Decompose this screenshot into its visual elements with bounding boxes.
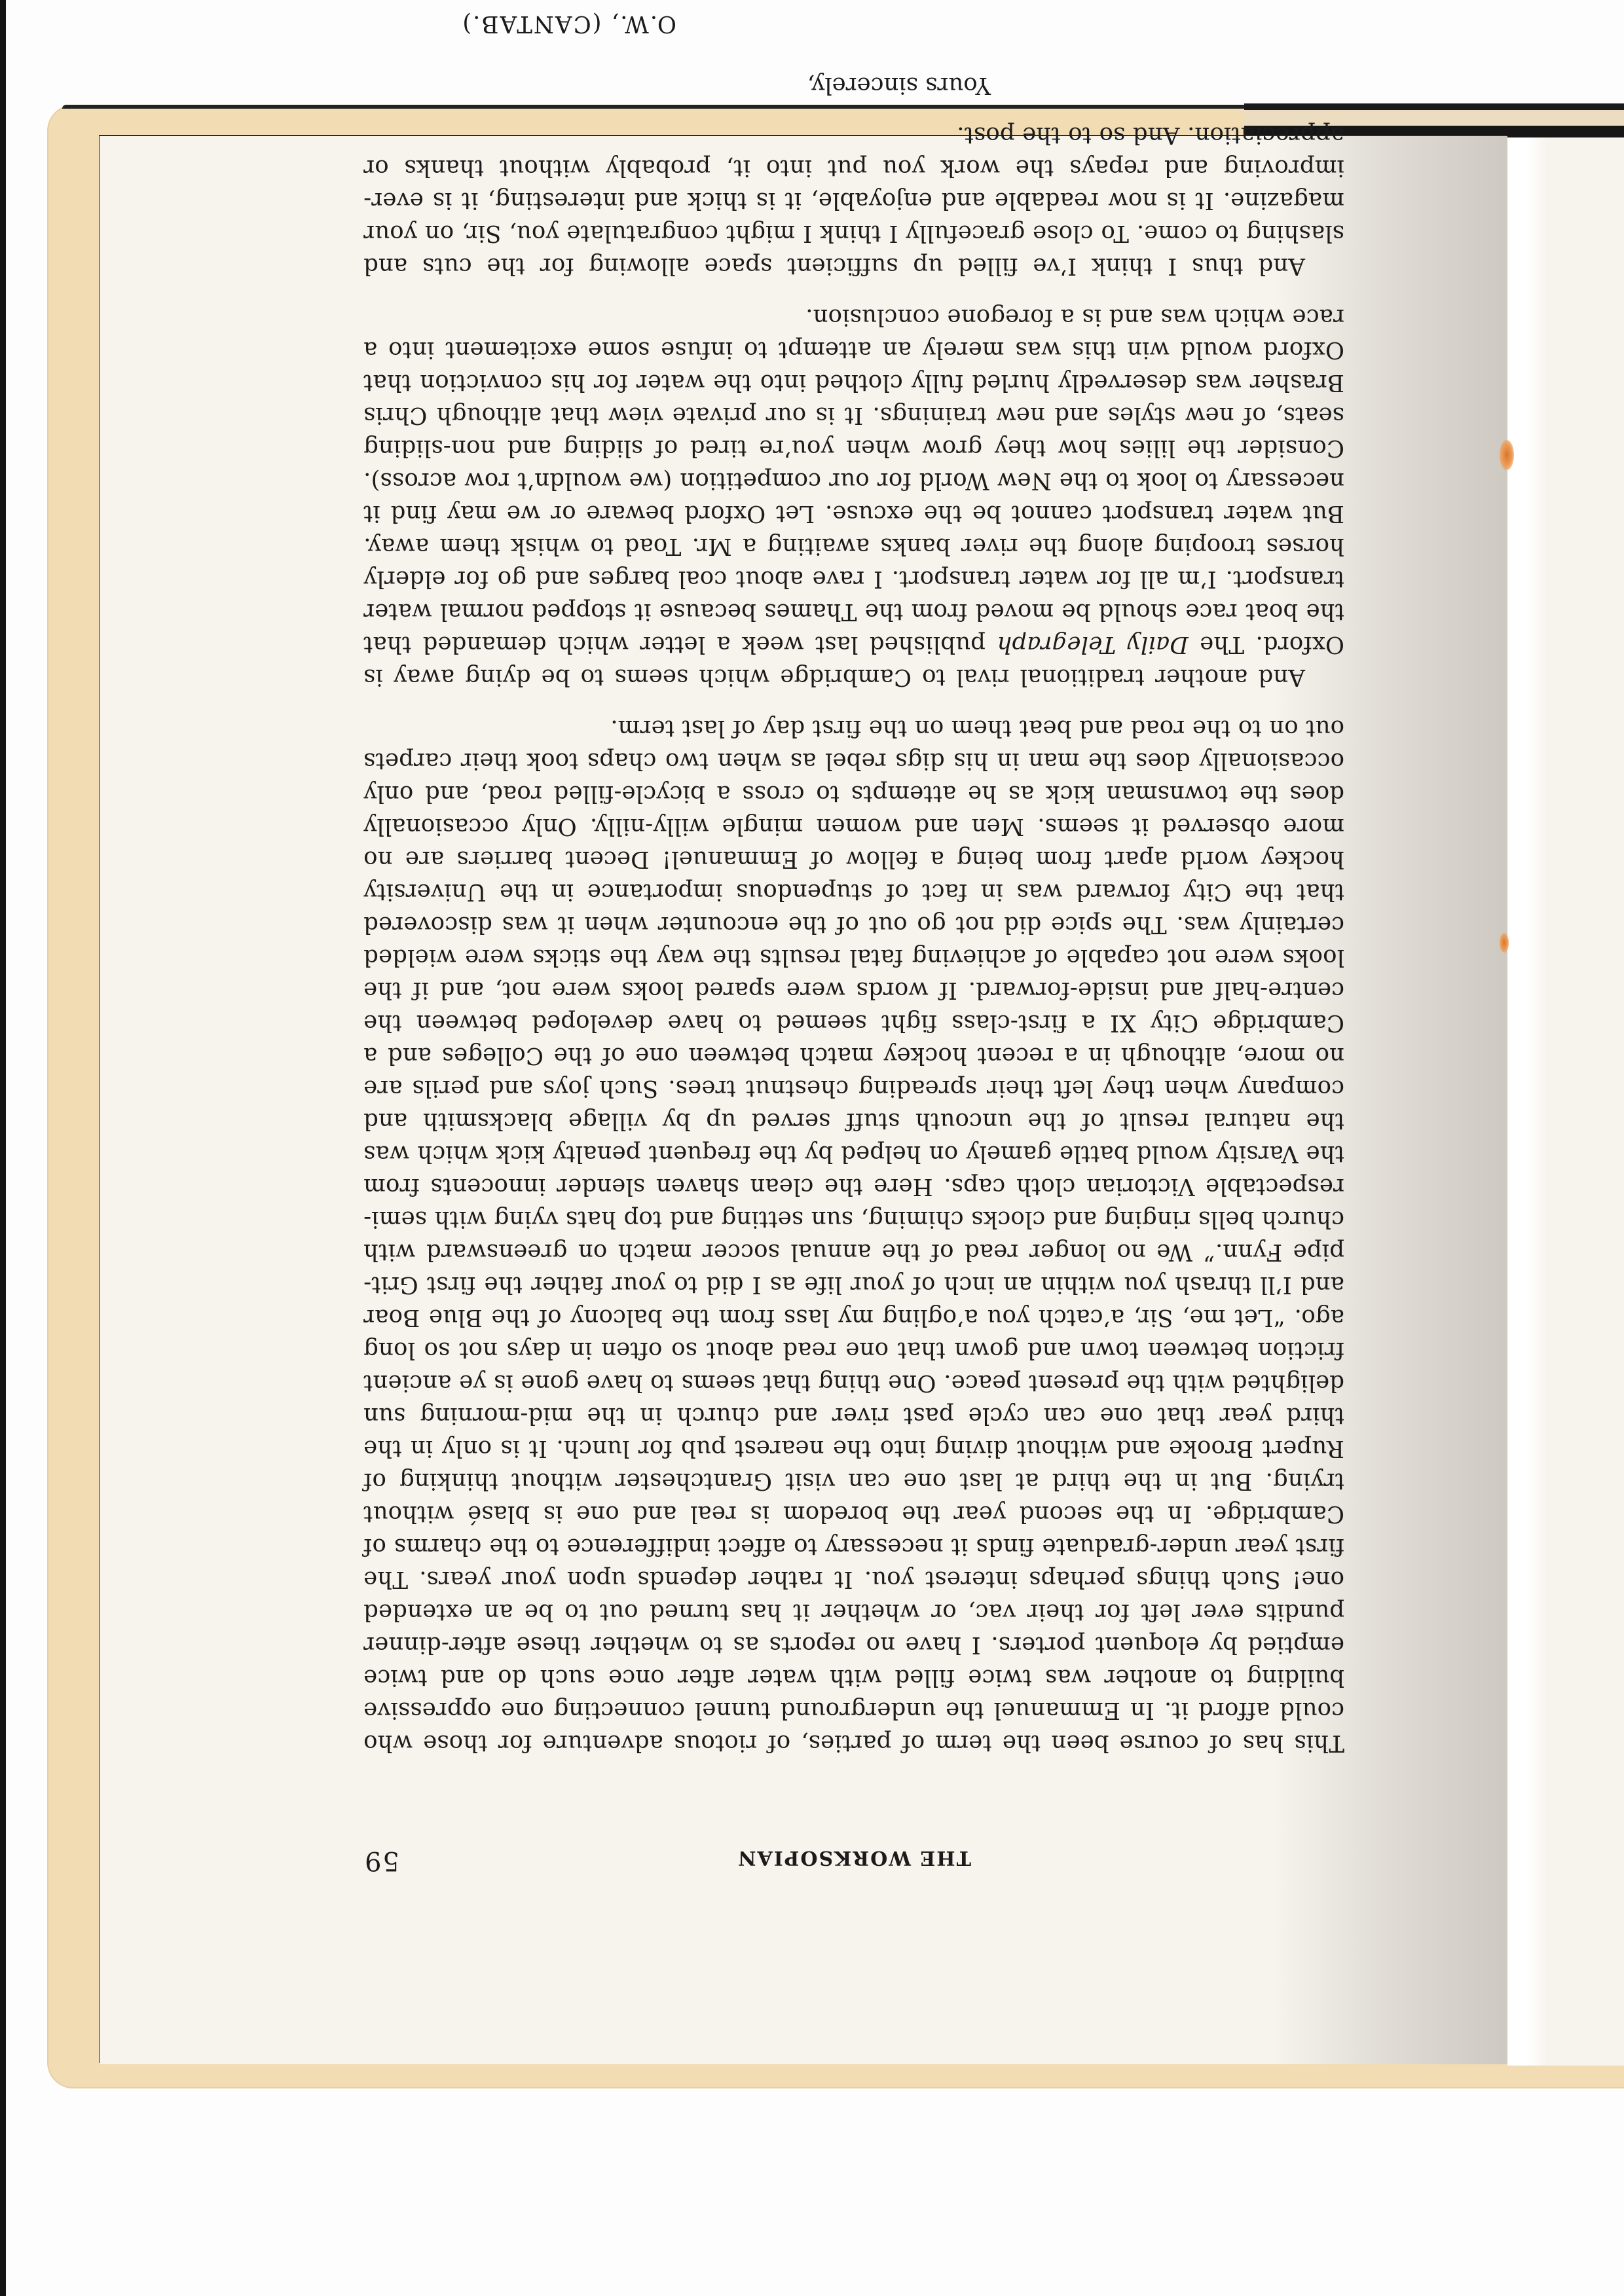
magazine-title: THE WORKSOPIAN: [363, 1846, 1344, 1869]
page-content-rotated: THE WORKSOPIAN 59 This has of course bee…: [363, 383, 1344, 1876]
page-number: 59: [363, 1846, 399, 1876]
paragraph: And another traditional rival to Cambrid…: [363, 301, 1344, 693]
valediction: Yours sincerely,: [363, 69, 1344, 101]
running-head: THE WORKSOPIAN 59: [363, 1836, 1344, 1876]
foxing-spot: [1500, 440, 1514, 470]
paragraph: This has of course been the term of part…: [363, 712, 1344, 1759]
newspaper-title: Daily Telegraph: [997, 631, 1189, 658]
cover-top-shadow: [62, 105, 1254, 109]
facing-page-edge: [1507, 137, 1624, 2066]
foxing-spot: [1500, 933, 1509, 953]
signature: O.W., (CANTAB.): [363, 7, 1344, 40]
letter-closing: Yours sincerely, O.W., (CANTAB.): [363, 7, 1344, 101]
scanner-edge: [0, 0, 6, 2296]
article-body: This has of course been the term of part…: [363, 118, 1344, 1759]
paragraph: And thus I think I’ve filled up sufficie…: [363, 118, 1344, 282]
paragraph-text: published last week a letter which deman…: [363, 304, 1344, 658]
